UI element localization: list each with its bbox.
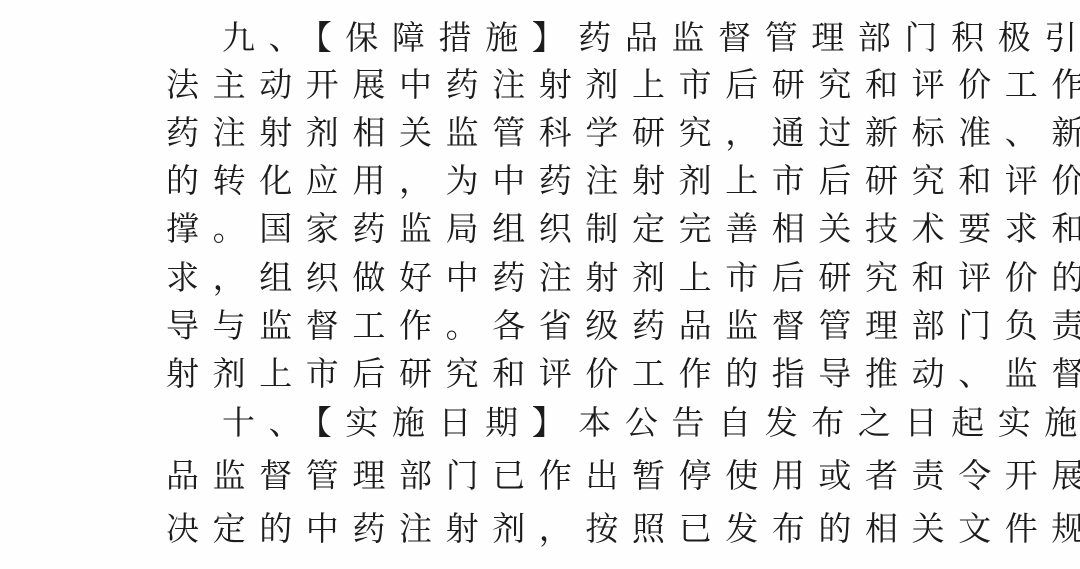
- text-line: 的转化应用，为中药注射剂上市后研究和评价提供科学支: [166, 159, 926, 203]
- text-line: 药注射剂相关监管科学研究，通过新标准、新工具、新方法: [166, 111, 926, 155]
- text-line: 法主动开展中药注射剂上市后研究和评价工作，持续加强中: [166, 63, 926, 107]
- text-line: 九、【保障措施】药品监督管理部门积极引导持有人依: [222, 16, 982, 60]
- text-line: 撑。国家药监局组织制定完善相关技术要求和申报资料要: [166, 207, 926, 251]
- text-line: 十、【实施日期】本公告自发布之日起实施。对国家药: [222, 401, 982, 445]
- text-line: 决定的中药注射剂，按照已发布的相关文件规定实施。: [166, 507, 926, 551]
- text-line: 导与监督工作。各省级药品监督管理部门负责本地区中药注: [166, 304, 926, 348]
- document-page: 九、【保障措施】药品监督管理部门积极引导持有人依 法主动开展中药注射剂上市后研究…: [0, 0, 1080, 569]
- text-line: 射剂上市后研究和评价工作的指导推动、监督服务工作。: [166, 352, 926, 396]
- text-line: 品监督管理部门已作出暂停使用或者责令开展研究等处理: [166, 454, 926, 498]
- text-line: 求，组织做好中药注射剂上市后研究和评价的实施、统筹指: [166, 256, 926, 300]
